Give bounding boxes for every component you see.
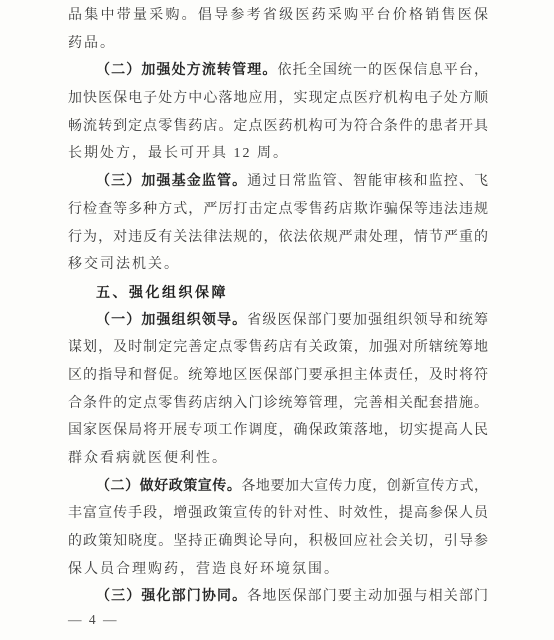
paragraph-lead-text: （三）强化部门协同。 <box>96 589 247 604</box>
text-segment: 畅流转到定点零售药店。定点医药机构可为符合条件的患者开具 <box>68 119 488 134</box>
section-heading: 五、强化组织保障 <box>68 279 488 307</box>
text-segment: 各地医保部门要主动加强与相关部门 <box>247 589 488 604</box>
paragraph-lead-text: （三）加强基金监管。 <box>96 174 247 189</box>
text-segment: 移交司法机关。 <box>68 257 180 272</box>
text-segment: 省级医保部门要加强组织领导和统筹 <box>247 313 488 328</box>
document-line: 移交司法机关。 <box>68 251 488 279</box>
text-segment: 行为，对违反有关法律法规的，依法依规严肃处理，情节严重的 <box>68 230 488 245</box>
document-line: 保人员合理购药，营造良好环境氛围。 <box>68 556 488 584</box>
text-segment: 丰富宣传手段，增强政策宣传的针对性、时效性，提高参保人员 <box>68 506 488 521</box>
text-segment: 国家医保局将开展专项工作调度，确保政策落地，切实提高人民 <box>68 423 488 438</box>
text-segment: 依托全国统一的医保信息平台， <box>277 63 488 78</box>
document-line: 药品。 <box>68 30 488 58</box>
text-segment: 加快医保电子处方中心落地应用，实现定点医疗机构电子处方顺 <box>68 91 488 106</box>
text-segment: 谋划，及时制定完善定点零售药店有关政策，加强对所辖统筹地 <box>68 340 488 355</box>
page-number: — 4 — <box>68 611 119 629</box>
document-page: 品集中带量采购。倡导参考省级医药采购平台价格销售医保药品。（二）加强处方流转管理… <box>0 0 554 640</box>
document-line: 合条件的定点零售药店纳入门诊统筹管理，完善相关配套措施。 <box>68 390 488 418</box>
document-line: （三）强化部门协同。各地医保部门要主动加强与相关部门 <box>68 583 488 611</box>
document-body: 品集中带量采购。倡导参考省级医药采购平台价格销售医保药品。（二）加强处方流转管理… <box>68 2 488 611</box>
document-line: 群众看病就医便利性。 <box>68 445 488 473</box>
document-line: （二）加强处方流转管理。依托全国统一的医保信息平台， <box>68 57 488 85</box>
document-line: （一）加强组织领导。省级医保部门要加强组织领导和统筹 <box>68 307 488 335</box>
document-line: 国家医保局将开展专项工作调度，确保政策落地，切实提高人民 <box>68 417 488 445</box>
document-line: 丰富宣传手段，增强政策宣传的针对性、时效性，提高参保人员 <box>68 500 488 528</box>
document-line: 畅流转到定点零售药店。定点医药机构可为符合条件的患者开具 <box>68 113 488 141</box>
text-segment: 各地要加大宣传力度，创新宣传方式， <box>241 479 488 494</box>
paragraph-lead-text: 五、强化组织保障 <box>96 284 228 300</box>
paragraph-lead-text: （二）做好政策宣传。 <box>96 479 241 494</box>
document-line: （三）加强基金监管。通过日常监管、智能审核和监控、飞 <box>68 168 488 196</box>
document-line: 行检查等多种方式，严厉打击定点零售药店欺诈骗保等违法违规 <box>68 196 488 224</box>
text-segment: 通过日常监管、智能审核和监控、飞 <box>247 174 488 189</box>
text-segment: 群众看病就医便利性。 <box>68 451 228 466</box>
text-segment: 区的指导和督促。统筹地区医保部门要承担主体责任，及时将符 <box>68 368 488 383</box>
document-line: 长期处方，最长可开具 12 周。 <box>68 140 488 168</box>
text-segment: 保人员合理购药，营造良好环境氛围。 <box>68 562 340 577</box>
document-line: 品集中带量采购。倡导参考省级医药采购平台价格销售医保 <box>68 2 488 30</box>
document-line: 行为，对违反有关法律法规的，依法依规严肃处理，情节严重的 <box>68 224 488 252</box>
text-segment: 合条件的定点零售药店纳入门诊统筹管理，完善相关配套措施。 <box>68 396 488 411</box>
text-segment: 药品。 <box>68 36 116 51</box>
document-line: 的政策知晓度。坚持正确舆论导向，积极回应社会关切，引导参 <box>68 528 488 556</box>
document-line: （二）做好政策宣传。各地要加大宣传力度，创新宣传方式， <box>68 473 488 501</box>
document-line: 区的指导和督促。统筹地区医保部门要承担主体责任，及时将符 <box>68 362 488 390</box>
paragraph-lead-text: （二）加强处方流转管理。 <box>96 63 277 78</box>
text-segment: 行检查等多种方式，严厉打击定点零售药店欺诈骗保等违法违规 <box>68 202 488 217</box>
text-segment: 长期处方，最长可开具 12 周。 <box>68 146 289 161</box>
text-segment: 的政策知晓度。坚持正确舆论导向，积极回应社会关切，引导参 <box>68 534 488 549</box>
paragraph-lead-text: （一）加强组织领导。 <box>96 313 247 328</box>
document-line: 谋划，及时制定完善定点零售药店有关政策，加强对所辖统筹地 <box>68 334 488 362</box>
document-line: 加快医保电子处方中心落地应用，实现定点医疗机构电子处方顺 <box>68 85 488 113</box>
text-segment: 品集中带量采购。倡导参考省级医药采购平台价格销售医保 <box>68 8 488 23</box>
